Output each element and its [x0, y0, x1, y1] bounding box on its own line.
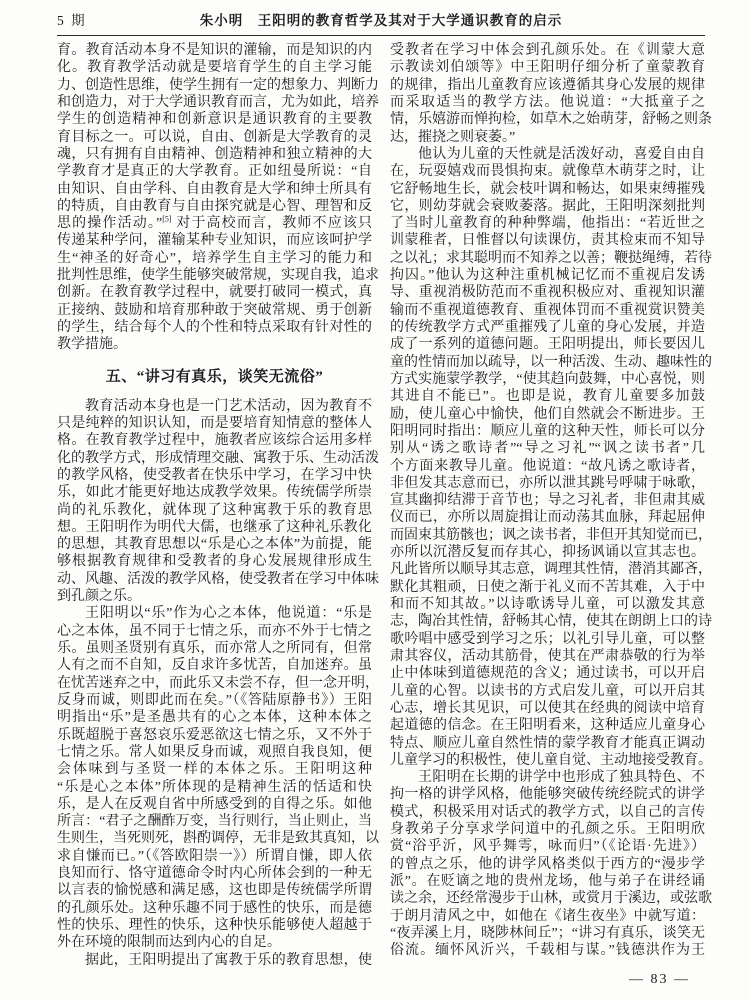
text-line: 王阳明在长期的讲学中也形成了独具特色、不: [390, 769, 705, 786]
text-line: 良知而行、恪守道德命令时内心所体会到的一种无: [57, 865, 372, 882]
running-title: 朱小明 王阳明的教育哲学及其对于大学通识教育的启示: [57, 10, 705, 32]
text-line: 学生的创造精神和创新意识是通识教育的主要教: [57, 111, 372, 128]
text-line: 的教学风格，使受教者在快乐中学习，在学习中快: [57, 467, 372, 484]
text-line: 情，乐嬉游而惮拘检，如草木之始萌芽，舒畅之则条: [390, 111, 705, 128]
text-line: 起道德的信念。在王阳明看来，这种适应儿童身心: [390, 717, 705, 734]
text-line: 生“神圣的好奇心”，培养学生自主学习的能力和: [57, 250, 372, 267]
text-line: 的思想，其教育思想以“乐是心之本体”为前提，能: [57, 536, 372, 553]
text-line: 的规律，指出儿童教育应该遵循其身心发展的规律: [390, 77, 705, 94]
text-line: 之以礼；求其聪明而不知养之以善；鞭挞绳缚，若待: [390, 250, 705, 267]
text-line: 受教者在学习中体会到孔颜乐处。在《训蒙大意: [390, 42, 705, 59]
two-column-body: 育。教育活动本身不是知识的灌输，而是知识的内化。教育教学活动就是要培育学生的自主…: [57, 42, 705, 969]
text-line: 赏“浴乎沂，风乎舞雩，咏而归”（《论语·先进》）: [390, 838, 705, 855]
text-line: 宣其幽抑结滞于音节也；导之习礼者，非但肃其威: [390, 492, 705, 509]
text-line: 学教育才是真正的大学教育。正如纽曼所说：“自: [57, 163, 372, 180]
text-line: 而固束其筋骸也；讽之读书者，非但开其知觉而已，: [390, 527, 705, 544]
text-line: 生则生，当死则死，斟酌调停，无非是致其真知，以: [57, 830, 372, 847]
text-line: 导、重视消极防范而不重视积极应对、重视知识灌: [390, 284, 705, 301]
text-line: 训蒙稚者，日惟督以句读课仿，责其检束而不知导: [390, 232, 705, 249]
text-line: 七情之乐。常人如果反身而诚，观照自我良知，便: [57, 744, 372, 761]
text-line: 它舒畅地生长，就会枝叶调和畅达，如果束缚摧残: [390, 181, 705, 198]
text-line: 的孔颜乐处。这种乐趣不同于感性的快乐，而是德: [57, 900, 372, 917]
text-line: 成了一系列的道德问题。王阳明提出，师长要因儿: [390, 336, 705, 353]
text-line: 俗流。缅怀风沂兴，千载相与谋。”钱德洪作为王: [390, 942, 705, 959]
text-line: 志，陶冶其性情，舒畅其心情，使其在朗朗上口的诗: [390, 613, 705, 630]
section-heading: 五、“讲习有真乐，谈笑无流俗”: [57, 367, 372, 387]
text-line: 思的操作活动。”[5] 对于高校而言，教师不应该只: [57, 215, 372, 232]
text-line: 外在环境的限制而达到内心的自足。: [57, 934, 372, 951]
page-header: 5 期 朱小明 王阳明的教育哲学及其对于大学通识教育的启示: [57, 10, 705, 32]
text-line: 非但发其志意而已，亦所以泄其跳号呼啸于咏歌，: [390, 475, 705, 492]
text-line: 反身而诚，则即此而在矣。”（《答陆原静书》）王阳: [57, 692, 372, 709]
text-line: 据此，王阳明提出了寓教于乐的教育思想，使: [57, 952, 372, 969]
page-number: — 83 —: [629, 972, 690, 988]
text-line: 的曾点之乐，他的讲学风格类似于西方的“漫步学: [390, 856, 705, 873]
right-column: 受教者在学习中体会到孔颜乐处。在《训蒙大意示教读刘伯颂等》中王阳明仔细分析了童蒙…: [390, 42, 705, 969]
text-line: 乐，是人在反观自省中所感受到的自得之乐。如他: [57, 796, 372, 813]
text-line: 育。教育活动本身不是知识的灌输，而是知识的内: [57, 42, 372, 59]
text-line: 达，摧挠之则衰萎。”: [390, 129, 705, 146]
text-line: 王阳明以“乐”作为心之本体，他说道：“乐是: [57, 605, 372, 622]
text-line: 而采取适当的教学方法。他说道：“大抵童子之: [390, 94, 705, 111]
text-line: 身教弟子分享求学问道中的孔颜之乐。王阳明欣: [390, 821, 705, 838]
text-line: 的学生，结合每个人的个性和特点采取有针对性的: [57, 319, 372, 336]
text-line: “夜弄溪上月，晓陟林间丘”；“讲习有真乐，谈笑无: [390, 925, 705, 942]
text-line: 其进自不能已”。也即是说，教育儿童要多加鼓: [390, 388, 705, 405]
text-line: 个方面来教导儿童。他说道：“故凡诱之歌诗者，: [390, 458, 705, 475]
text-line: 儿童的心智。以读书的方式启发儿童，可以开启其: [390, 683, 705, 700]
text-line: 只是纯粹的知识认知，而是要培育知情意的整体人: [57, 415, 372, 432]
journal-issue-label: 5 期: [57, 10, 87, 32]
text-line: 求自慊而已。”（《答欧阳崇一》）所谓自慊，即人依: [57, 848, 372, 865]
text-line: 了当时儿童教育的种种弊端，他指出：“若近世之: [390, 215, 705, 232]
text-line: 的特质，自由教育与自由探究就是心智、理智和反: [57, 198, 372, 215]
text-line: 于朗月清风之中，如他在《诸生夜坐》中就写道：: [390, 908, 705, 925]
paper-page: 5 期 朱小明 王阳明的教育哲学及其对于大学通识教育的启示 育。教育活动本身不是…: [0, 0, 750, 1000]
text-line: 读之余，还经常漫步于山林，或赏月于溪边，或弦歌: [390, 890, 705, 907]
text-line: “乐是心之本体”所体现的是精神生活的恬适和快: [57, 779, 372, 796]
text-line: 和创造力，对于大学通识教育而言，尤为如此，培养: [57, 94, 372, 111]
text-line: 乐既超脱于喜怒哀乐爱恶欲这七情之乐，又不外于: [57, 727, 372, 744]
text-line: 正接纳、鼓励和培育那种敢于突破常规、勇于创新: [57, 302, 372, 319]
text-line: 由知识、自由学科、自由教育是大学和绅士所具有: [57, 181, 372, 198]
text-line: 在，玩耍嬉戏而畏惧拘束。就像草木萌芽之时，让: [390, 163, 705, 180]
text-line: 所言：“君子之酬酢万变，当行则行，当止则止，当: [57, 813, 372, 830]
text-line: 默化其粗顽，日使之渐于礼义而不苦其难，入于中: [390, 579, 705, 596]
left-column: 育。教育活动本身不是知识的灌输，而是知识的内化。教育教学活动就是要培育学生的自主…: [57, 42, 372, 969]
text-line: 止中体味到道德规范的含义；通过读书，可以开启: [390, 665, 705, 682]
text-line: 尚的礼乐教化，就体现了这种寓教于乐的教育思: [57, 502, 372, 519]
text-line: 力、创造性思维，使学生拥有一定的想象力、判断力: [57, 77, 372, 94]
text-line: 拘一格的讲学风格，他能够突破传统经院式的讲学: [390, 786, 705, 803]
text-line: 批判性思维，使学生能够突破常规，实现自我，追求: [57, 267, 372, 284]
text-line: 到孔颜之乐。: [57, 588, 372, 605]
footnote-ref: [5]: [162, 214, 171, 223]
text-line: 化的教学方式，形成情理交融、寓教于乐、生动活泼: [57, 450, 372, 467]
text-line: 阳明同时指出：顺应儿童的这种天性，师长可以分: [390, 423, 705, 440]
text-line: 乐，如此才能更好地达成教学效果。传统儒学所崇: [57, 484, 372, 501]
text-line: 以言表的愉悦感和满足感，这也即是传统儒学所谓: [57, 882, 372, 899]
text-line: 它，则幼芽就会衰败萎落。据此，王阳明深刻批判: [390, 198, 705, 215]
text-line: 会体味到与圣贤一样的本体之乐。王阳明这种: [57, 761, 372, 778]
text-line: 励，使儿童心中愉快，他们自然就会不断进步。王: [390, 406, 705, 423]
text-line: 育目标之一。可以说，自由、创新是大学教育的灵: [57, 129, 372, 146]
text-line: 创新。在教育教学过程中，就要打破同一模式，真: [57, 284, 372, 301]
text-line: 想。王阳明作为明代大儒，也继承了这种礼乐教化: [57, 519, 372, 536]
text-line: 别从“诱之歌诗者”“导之习礼”“讽之读书者”几: [390, 440, 705, 457]
text-line: 明指出“乐”是圣愚共有的心之本体，这种本体之: [57, 709, 372, 726]
text-line: 他认为儿童的天性就是活泼好动，喜爱自由自: [390, 146, 705, 163]
text-line: 教学措施。: [57, 336, 372, 353]
text-line: 亦所以沉潜反复而存其心，抑扬讽诵以宣其志也。: [390, 544, 705, 561]
text-line: 人有之而不自知，反自求许多忧苦，自加迷弃。虽: [57, 657, 372, 674]
text-line: 特点、顺应儿童自然性情的蒙学教育才能真正调动: [390, 735, 705, 752]
text-line: 动、风趣、活泼的教学风格，使受教者在学习中体味: [57, 571, 372, 588]
text-line: 魂，只有拥有自由精神、创造精神和独立精神的大: [57, 146, 372, 163]
text-line: 示教读刘伯颂等》中王阳明仔细分析了童蒙教育: [390, 59, 705, 76]
text-line: 和而不知其故。”以诗歌诱导儿童，可以激发其意: [390, 596, 705, 613]
text-line: 仪而已，亦所以周旋揖让而动荡其血脉，拜起屈伸: [390, 509, 705, 526]
text-line: 凡此皆所以顺导其志意，调理其性情，潜消其鄙吝，: [390, 561, 705, 578]
text-line: 在忧苦迷弃之中，而此乐又未尝不存，但一念开明，: [57, 675, 372, 692]
text-line: 拘囚。”他认为这种注重机械记忆而不重视启发诱: [390, 267, 705, 284]
text-line: 派”。在贬谪之地的贵州龙场，他与弟子在讲经诵: [390, 873, 705, 890]
text-line: 性的快乐、理性的快乐，这种快乐能够使人超越于: [57, 917, 372, 934]
text-line: 的传统教学方式严重摧残了儿童的身心发展，并造: [390, 319, 705, 336]
text-line: 肃其容仪，活动其筋骨，使其在严肃恭敬的行为举: [390, 648, 705, 665]
text-line: 乐。虽则圣贤别有真乐，而亦常人之所同有，但常: [57, 640, 372, 657]
text-line: 够根据教育规律和受教者的身心发展规律形成生: [57, 553, 372, 570]
text-line: 儿童学习的积极性，使儿童自觉、主动地接受教育。: [390, 752, 705, 769]
text-line: 心志，增长其见识，可以使其在经典的阅读中培育: [390, 700, 705, 717]
text-line: 传递某种学问，灌输某种专业知识，而应该呵护学: [57, 232, 372, 249]
text-line: 心之本体，虽不同于七情之乐，而亦不外于七情之: [57, 623, 372, 640]
text-line: 方式实施蒙学教学，“使其趋向鼓舞，中心喜悦，则: [390, 371, 705, 388]
text-line: 格。在教育教学过程中，施教者应该综合运用多样: [57, 432, 372, 449]
text-line: 歌吟唱中感受到学习之乐；以礼引导儿童，可以整: [390, 631, 705, 648]
header-divider: [57, 35, 705, 36]
text-line: 童的性情而加以疏导，以一种活泼、生动、趣味性的: [390, 354, 705, 371]
text-line: 输而不重视道德教育、重视体罚而不重视赏识赞美: [390, 302, 705, 319]
text-line: 化。教育教学活动就是要培育学生的自主学习能: [57, 59, 372, 76]
text-line: 教育活动本身也是一门艺术活动，因为教育不: [57, 398, 372, 415]
text-line: 模式，积极采用对话式的教学方式，以自己的言传: [390, 804, 705, 821]
